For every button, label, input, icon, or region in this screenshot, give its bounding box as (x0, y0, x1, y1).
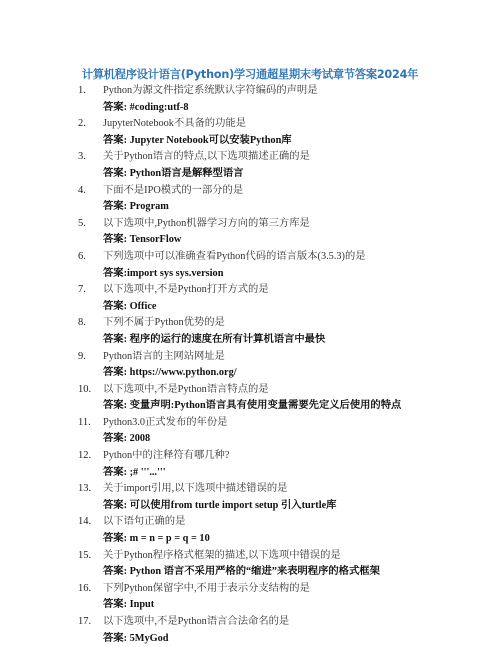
item-number: 8. (78, 315, 100, 332)
item-number: 13. (78, 481, 100, 498)
answer-text: 答案: 可以使用from turtle import setup 引入turtl… (103, 498, 478, 515)
question-text: 以下语句正确的是 (103, 514, 478, 531)
question-item-6: 6.下列选项中可以准确查看Python代码的语言版本(3.5.3)的是答案:im… (78, 249, 478, 282)
question-text: Python3.0正式发布的年份是 (103, 415, 478, 432)
question-text: 下列不属于Python优势的是 (103, 315, 478, 332)
question-text: 以下选项中,Python机器学习方向的第三方库是 (103, 216, 478, 233)
question-item-10: 10.以下选项中,不是Python语言特点的是答案: 变量声明:Python语言… (78, 382, 478, 415)
answer-text: 答案: ;# '''...''' (103, 465, 478, 482)
answer-text: 答案: Jupyter Notebook可以安装Python库 (103, 133, 478, 150)
document-title-text: 计算机程序设计语言(Python)学习通超星期末考试章节答案2024年 (82, 68, 418, 81)
question-text: 下面不是IPO模式的一部分的是 (103, 183, 478, 200)
question-text: 关于import引用,以下选项中描述错误的是 (103, 481, 478, 498)
item-number: 2. (78, 116, 100, 133)
question-item-9: 9.Python语言的主网站网址是答案: https://www.python.… (78, 349, 478, 382)
question-list: 1.Python为源文件指定系统默认字符编码的声明是答案: #coding:ut… (78, 83, 478, 647)
item-number: 12. (78, 448, 100, 465)
item-number: 9. (78, 349, 100, 366)
answer-text: 答案: TensorFlow (103, 232, 478, 249)
item-number: 3. (78, 149, 100, 166)
question-text: 关于Python语言的特点,以下选项描述正确的是 (103, 149, 478, 166)
question-text: 以下选项中,不是Python语言合法命名的是 (103, 614, 478, 631)
answer-text: 答案: 程序的运行的速度在所有计算机语言中最快 (103, 332, 478, 349)
question-item-2: 2.JupyterNotebook不具备的功能是答案: Jupyter Note… (78, 116, 478, 149)
item-number: 5. (78, 216, 100, 233)
question-text: Python语言的主网站网址是 (103, 349, 478, 366)
question-text: 以下选项中,不是Python打开方式的是 (103, 282, 478, 299)
answer-text: 答案: Program (103, 199, 478, 216)
question-item-17: 17.以下选项中,不是Python语言合法命名的是答案: 5MyGod (78, 614, 478, 647)
document-title: 计算机程序设计语言(Python)学习通超星期末考试章节答案2024年 (0, 66, 500, 82)
answer-text: 答案: 2008 (103, 431, 478, 448)
answer-text: 答案: 5MyGod (103, 631, 478, 647)
item-number: 11. (78, 415, 100, 432)
question-text: JupyterNotebook不具备的功能是 (103, 116, 478, 133)
question-text: Python为源文件指定系统默认字符编码的声明是 (103, 83, 478, 100)
item-number: 17. (78, 614, 100, 631)
question-item-5: 5.以下选项中,Python机器学习方向的第三方库是答案: TensorFlow (78, 216, 478, 249)
question-item-4: 4.下面不是IPO模式的一部分的是答案: Program (78, 183, 478, 216)
answer-text: 答案: Input (103, 597, 478, 614)
question-text: 关于Python程序格式框架的描述,以下选项中错误的是 (103, 548, 478, 565)
item-number: 4. (78, 183, 100, 200)
item-number: 6. (78, 249, 100, 266)
answer-text: 答案: #coding:utf-8 (103, 100, 478, 117)
answer-text: 答案: Python语言是解释型语言 (103, 166, 478, 183)
answer-text: 答案: https://www.python.org/ (103, 365, 478, 382)
answer-text: 答案: Office (103, 299, 478, 316)
question-item-15: 15.关于Python程序格式框架的描述,以下选项中错误的是答案: Python… (78, 548, 478, 581)
question-item-7: 7.以下选项中,不是Python打开方式的是答案: Office (78, 282, 478, 315)
item-number: 14. (78, 514, 100, 531)
question-item-13: 13.关于import引用,以下选项中描述错误的是答案: 可以使用from tu… (78, 481, 478, 514)
question-item-14: 14.以下语句正确的是答案: m = n = p = q = 10 (78, 514, 478, 547)
answer-text: 答案:import sys sys.version (103, 266, 478, 283)
question-item-3: 3.关于Python语言的特点,以下选项描述正确的是答案: Python语言是解… (78, 149, 478, 182)
question-item-8: 8.下列不属于Python优势的是答案: 程序的运行的速度在所有计算机语言中最快 (78, 315, 478, 348)
question-text: Python中的注释符有哪几种? (103, 448, 478, 465)
question-item-1: 1.Python为源文件指定系统默认字符编码的声明是答案: #coding:ut… (78, 83, 478, 116)
question-item-12: 12.Python中的注释符有哪几种?答案: ;# '''...''' (78, 448, 478, 481)
question-text: 下列Python保留字中,不用于表示分支结构的是 (103, 581, 478, 598)
item-number: 15. (78, 548, 100, 565)
answer-text: 答案: Python 语言不采用严格的“缩进”来表明程序的格式框架 (103, 564, 478, 581)
item-number: 7. (78, 282, 100, 299)
item-number: 10. (78, 382, 100, 399)
item-number: 1. (78, 83, 100, 100)
question-item-16: 16.下列Python保留字中,不用于表示分支结构的是答案: Input (78, 581, 478, 614)
answer-text: 答案: 变量声明:Python语言具有使用变量需要先定义后使用的特点 (103, 398, 478, 415)
item-number: 16. (78, 581, 100, 598)
question-text: 下列选项中可以准确查看Python代码的语言版本(3.5.3)的是 (103, 249, 478, 266)
question-item-11: 11.Python3.0正式发布的年份是答案: 2008 (78, 415, 478, 448)
answer-text: 答案: m = n = p = q = 10 (103, 531, 478, 548)
question-text: 以下选项中,不是Python语言特点的是 (103, 382, 478, 399)
